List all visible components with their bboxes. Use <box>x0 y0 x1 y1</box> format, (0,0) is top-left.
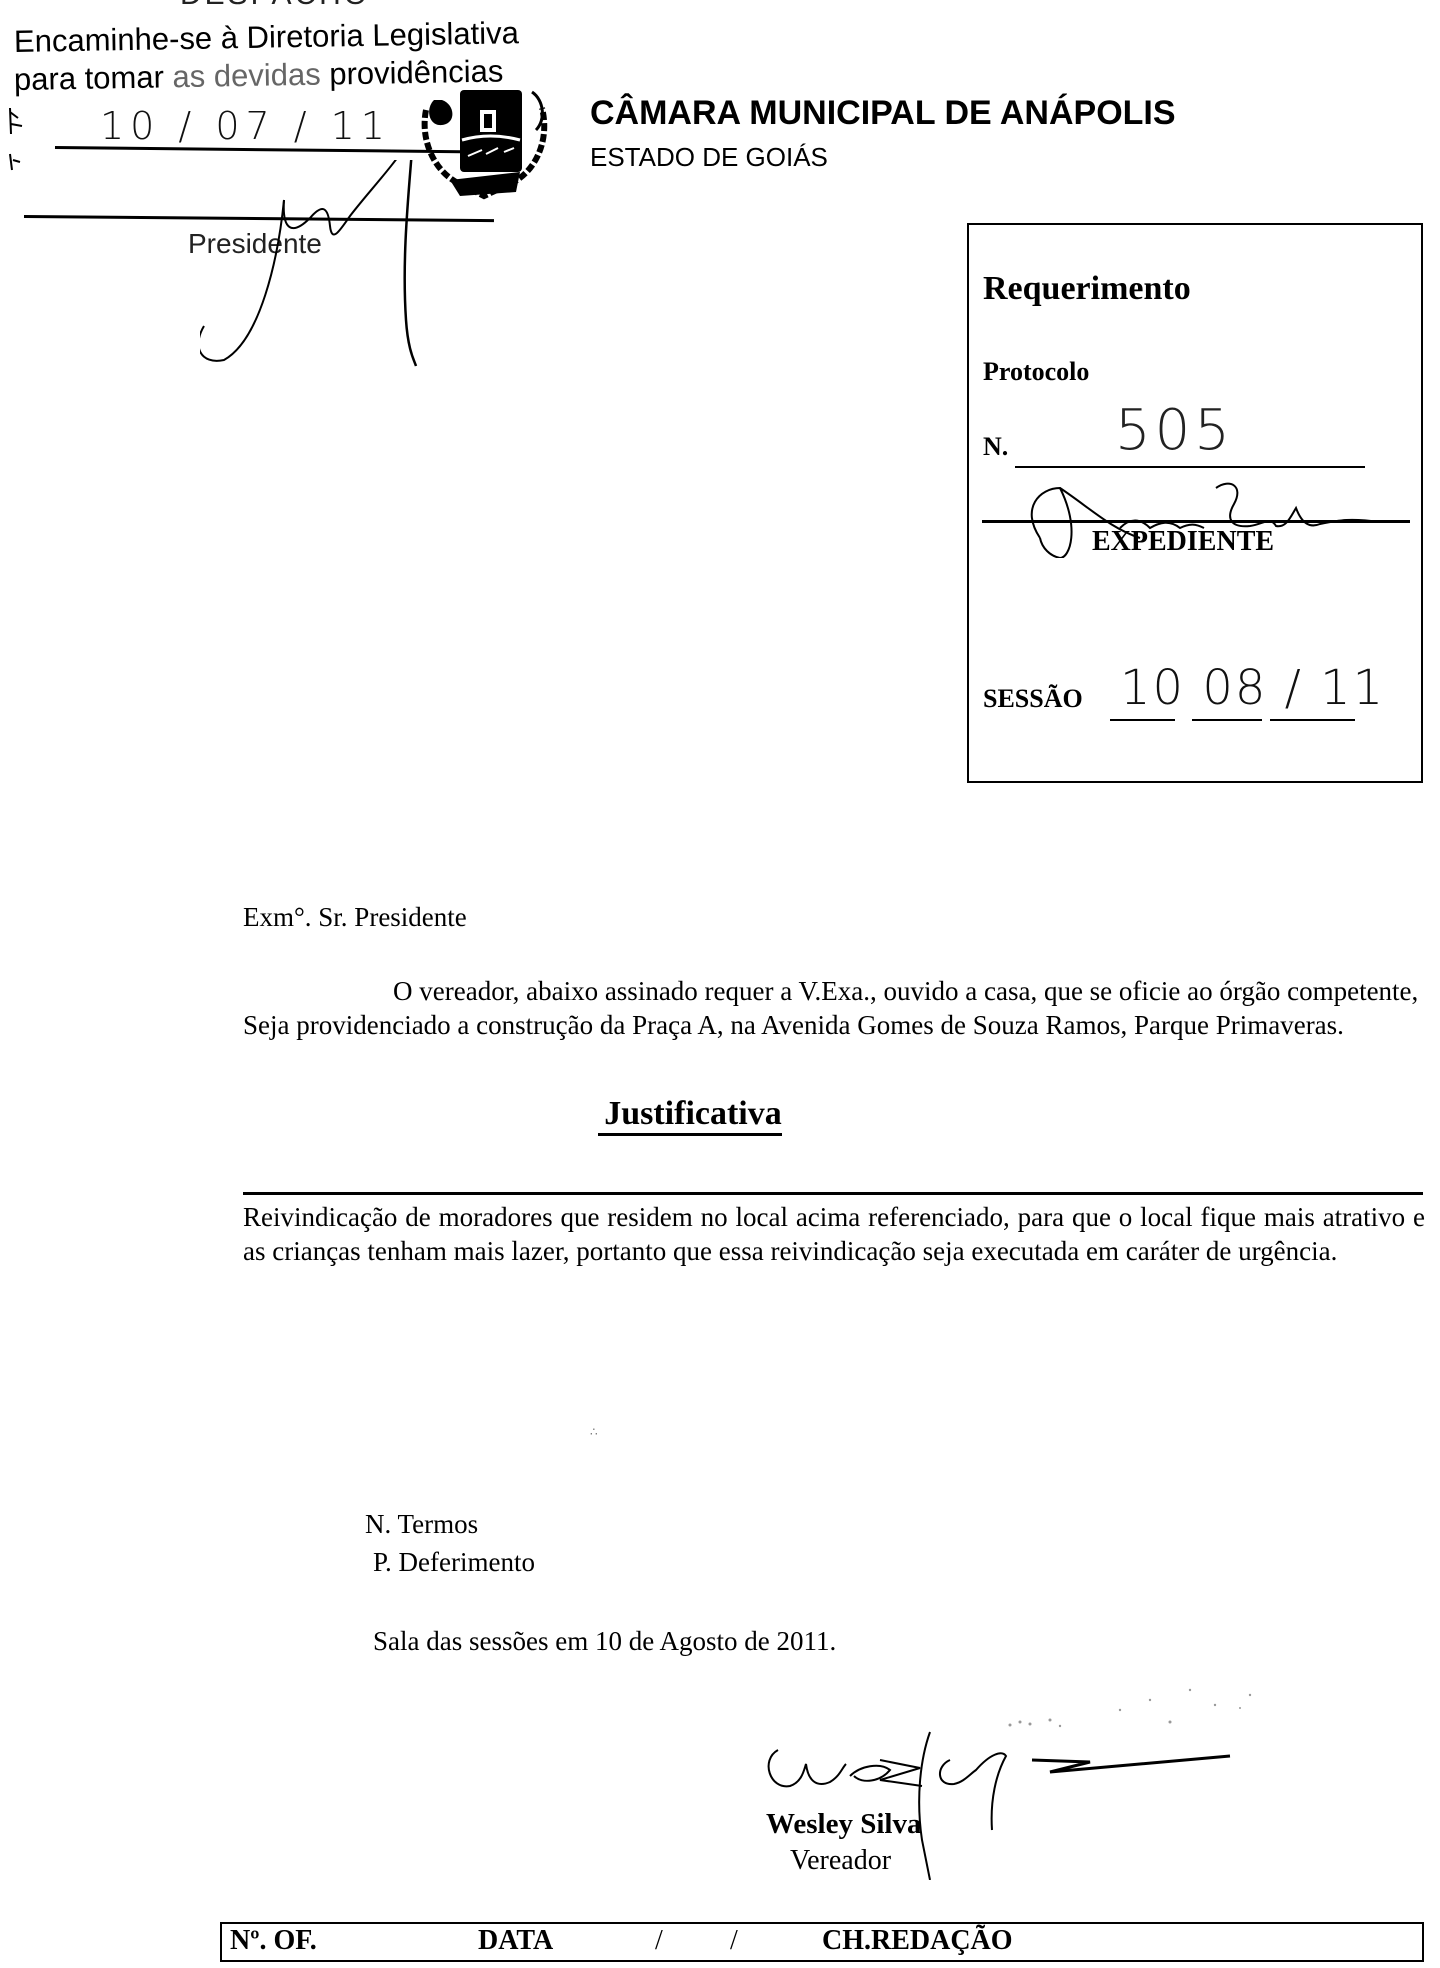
justification-separator <box>243 1192 1423 1195</box>
protocol-label: Protocolo <box>983 357 1089 387</box>
redaction-label: CH.REDAÇÃO <box>822 1925 1013 1957</box>
justification-heading: Justificativa <box>0 1095 1380 1133</box>
scan-edge-marks-icon <box>8 104 26 174</box>
expediente-label: EXPEDIENTE <box>1092 526 1274 558</box>
place-and-date: Sala das sessões em 10 de Agosto de 2011… <box>373 1624 836 1658</box>
signer-name: Wesley Silva <box>766 1808 921 1841</box>
coat-of-arms-icon <box>420 80 550 200</box>
footer-date-separator-2: / <box>730 1925 738 1957</box>
session-year-line <box>1270 719 1355 721</box>
organization-name: CÂMARA MUNICIPAL DE ANÁPOLIS <box>590 94 1176 133</box>
scan-speck: ∴ <box>590 1425 598 1440</box>
session-month-line <box>1192 719 1262 721</box>
justification-paragraph: Reivindicação de moradores que residem n… <box>243 1200 1425 1268</box>
request-text: O vereador, abaixo assinado requer a V.E… <box>243 976 1418 1040</box>
despacho-line2-faded: as devidas <box>172 56 329 94</box>
justification-heading-text: Justificativa <box>598 1095 782 1136</box>
expediente-line <box>982 520 1410 523</box>
footer-date-separator-1: / <box>655 1925 663 1957</box>
despacho-handwritten-date: 10 / 07 / 11 <box>100 104 391 148</box>
session-day-line <box>1110 719 1175 721</box>
session-label: SESSÃO <box>983 684 1083 714</box>
protocol-number-label: N. <box>983 432 1008 462</box>
office-number-label: Nº. OF. <box>230 1925 317 1957</box>
closing-line-1: N. Termos <box>365 1507 478 1541</box>
closing-line-2: P. Deferimento <box>373 1545 535 1579</box>
request-paragraph: O vereador, abaixo assinado requer a V.E… <box>243 974 1423 1042</box>
signer-role: Vereador <box>790 1845 891 1877</box>
organization-state: ESTADO DE GOIÁS <box>590 142 828 173</box>
salutation: Exm°. Sr. Presidente <box>243 900 467 934</box>
protocol-number-value: 505 <box>1115 398 1234 463</box>
footer-date-label: DATA <box>478 1925 553 1957</box>
request-box-title: Requerimento <box>983 270 1191 308</box>
despacho-instruction-line1: Encaminhe-se à Diretoria Legislativa <box>14 15 519 60</box>
despacho-stamp-title: DESPACHO <box>180 0 370 12</box>
session-date-value: 10 08 / 11 <box>1120 660 1385 716</box>
despacho-line2-start: para tomar <box>14 59 173 97</box>
